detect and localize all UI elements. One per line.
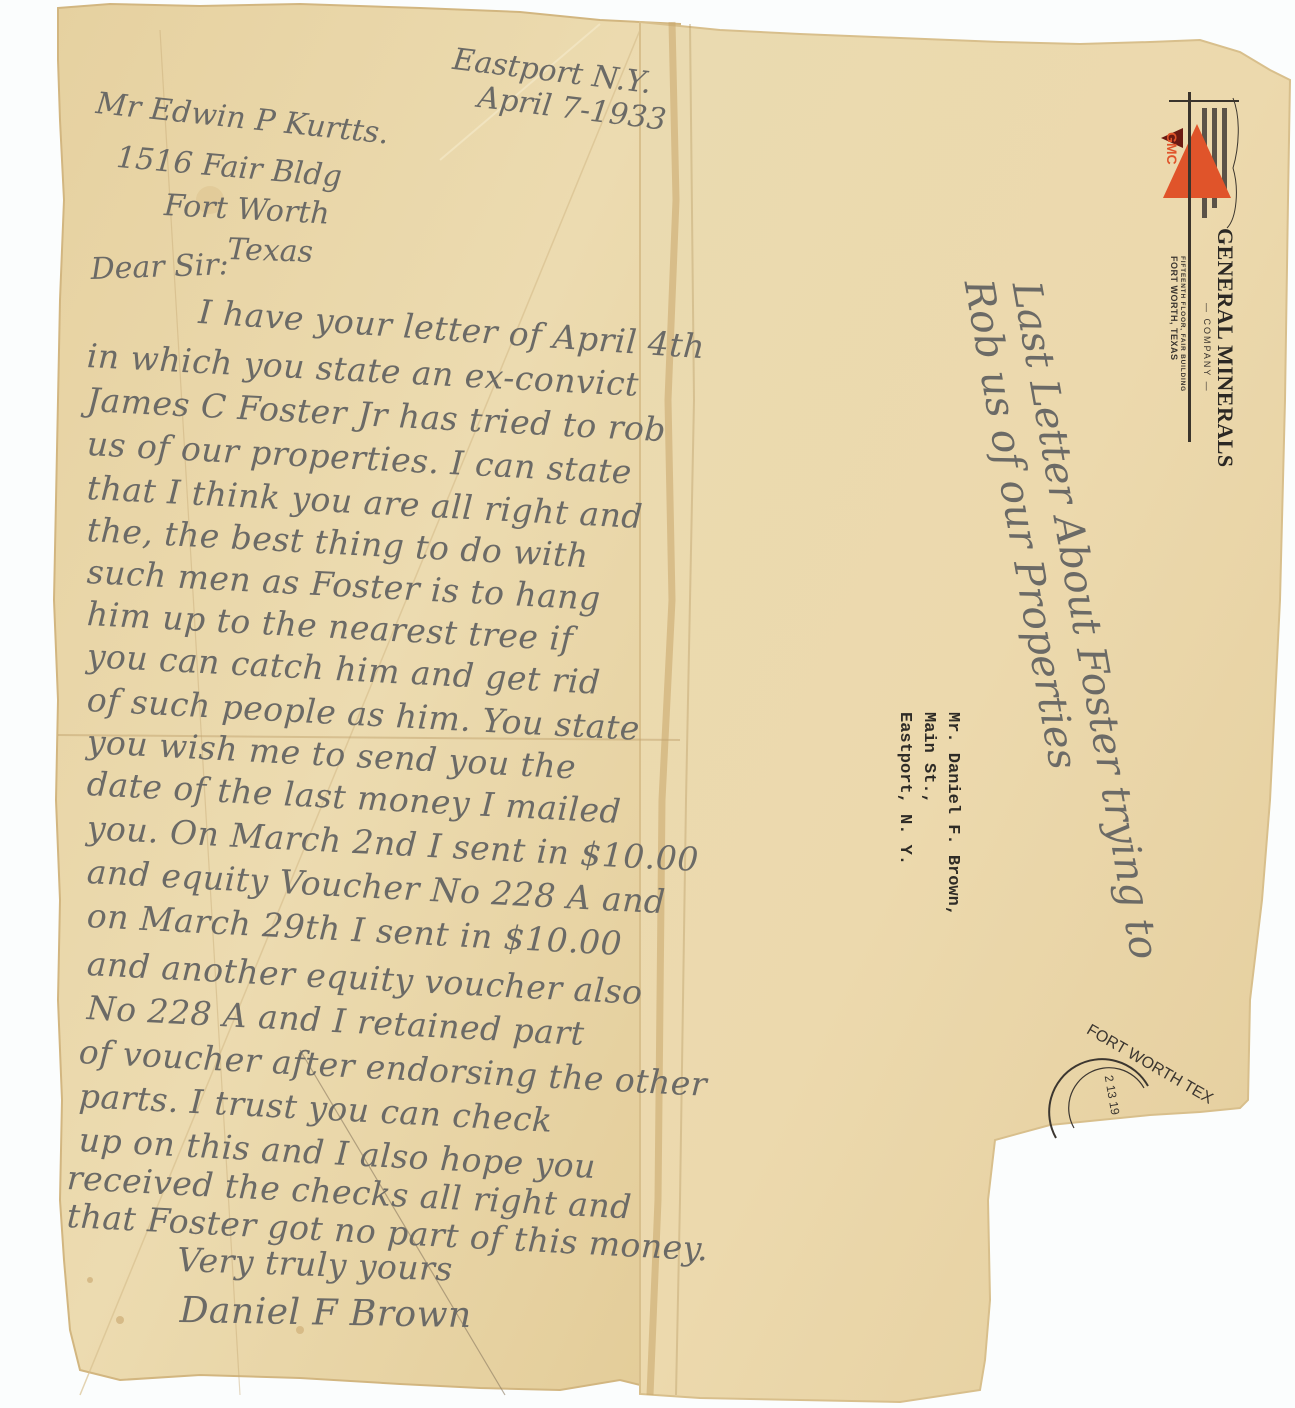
scanned-document: Eastport N.Y. April 7-1933 Mr Edwin P Ku…	[0, 0, 1295, 1408]
recipient-state: Texas	[227, 232, 314, 270]
postmark-stamp: FORT WORTH TEX 2 13 19	[1048, 1048, 1158, 1158]
gmc-logo-icon: GMC	[1161, 88, 1241, 238]
letterhead-rule	[1188, 92, 1191, 442]
company-letterhead: GMC	[1161, 88, 1235, 238]
salutation: Dear Sir:	[90, 247, 229, 287]
typed-address-line2: Main St.,	[919, 712, 938, 804]
signature: Daniel F Brown	[179, 1290, 472, 1336]
typed-address-line1: Mr. Daniel F. Brown,	[943, 712, 962, 916]
company-city: FORT WORTH, TEXAS	[1169, 256, 1179, 392]
svg-text:GMC: GMC	[1164, 132, 1180, 165]
letterhead-address-block: FIFTEENTH FLOOR, FAIR BUILDING FORT WORT…	[1169, 256, 1186, 392]
company-subtitle: — COMPANY —	[1202, 228, 1212, 468]
typed-address-line3: Eastport, N. Y.	[895, 712, 914, 865]
company-name: GENERAL MINERALS	[1212, 228, 1238, 468]
company-floor-address: FIFTEENTH FLOOR, FAIR BUILDING	[1179, 256, 1186, 392]
letterhead-text: GENERAL MINERALS — COMPANY —	[1202, 228, 1238, 468]
